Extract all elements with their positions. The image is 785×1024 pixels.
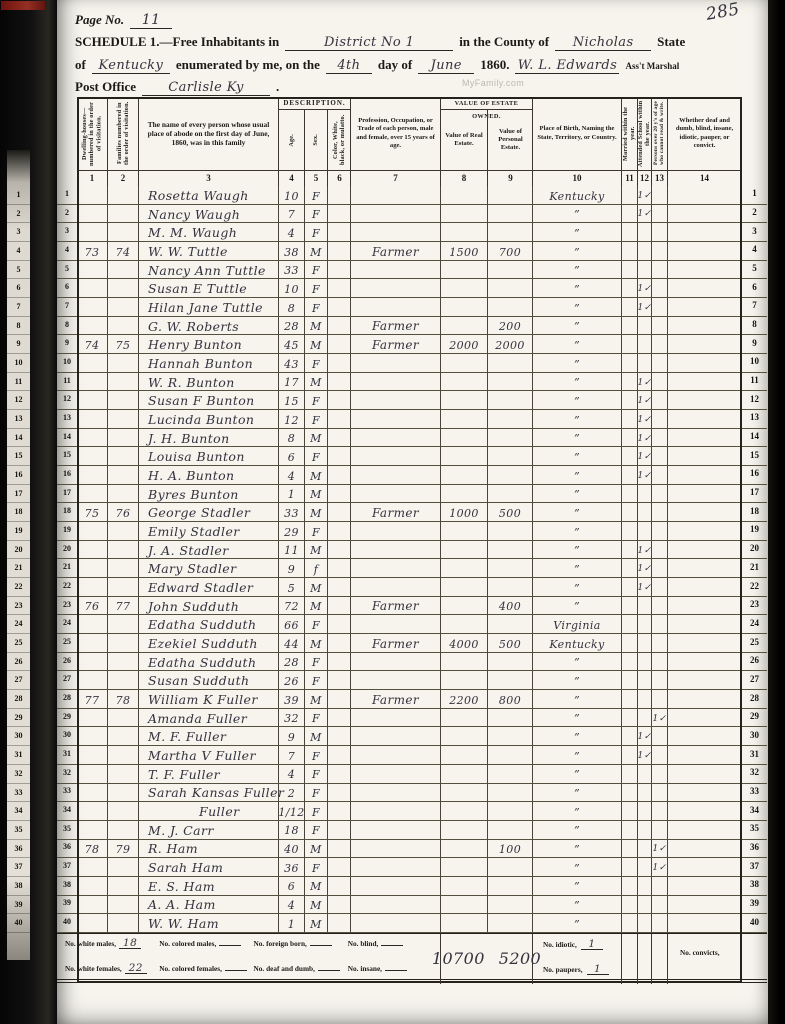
census-row: 19 Emily Stadler 29 F ” 19: [57, 522, 767, 541]
row-number-left: 28: [57, 690, 77, 709]
cell-occupation: [351, 391, 441, 410]
cell-attended-school: [638, 317, 652, 336]
header-col-personal-estate: Value of Personal Estate. 9: [488, 110, 533, 186]
tally-value: 18: [119, 938, 141, 950]
cell-real-estate-value: [441, 914, 488, 933]
adjacent-row-number: 29: [7, 709, 30, 728]
cell-person-name: J. H. Bunton: [139, 429, 279, 448]
cell-color: [328, 727, 351, 746]
cell-age: 36: [279, 858, 305, 877]
cell-family-number: [108, 429, 139, 448]
cell-occupation: [351, 709, 441, 728]
row-number-left: 2: [57, 205, 77, 224]
header-col-birthplace: Place of Birth, Naming the State, Territ…: [533, 97, 622, 186]
row-number-right: 23: [742, 597, 767, 616]
cell-remarks: [668, 447, 742, 466]
cell-occupation: [351, 802, 441, 821]
cell-personal-estate-value: [488, 615, 533, 634]
adjacent-row-number: 7: [7, 298, 30, 317]
cell-sex: M: [305, 335, 328, 354]
cell-dwelling-number: [77, 522, 108, 541]
cell-color: [328, 597, 351, 616]
census-row: 1 Rosetta Waugh 10 F Kentucky 1✓ 1: [57, 186, 767, 205]
cell-age: 12: [279, 410, 305, 429]
census-row: 23 76 77 John Sudduth 72 M Farmer 400 ” …: [57, 597, 767, 616]
cell-person-name: Edatha Sudduth: [139, 653, 279, 672]
census-row: 2 Nancy Waugh 7 F ” 1✓ 2: [57, 205, 767, 224]
cell-cannot-read-write: [652, 671, 668, 690]
row-number-left: 8: [57, 317, 77, 336]
cell-attended-school: 1✓: [638, 186, 652, 205]
cell-person-name: John Sudduth: [139, 597, 279, 616]
cell-birthplace: ”: [533, 578, 622, 597]
cell-family-number: [108, 821, 139, 840]
cell-age: 33: [279, 261, 305, 280]
cell-birthplace: ”: [533, 205, 622, 224]
cell-married-within-year: [622, 840, 638, 859]
cell-cannot-read-write: [652, 559, 668, 578]
cell-person-name: Sarah Kansas Fuller: [139, 784, 279, 803]
cell-occupation: Farmer: [351, 597, 441, 616]
cell-age: 1: [279, 485, 305, 504]
cell-sex: M: [305, 242, 328, 261]
cell-dwelling-number: [77, 298, 108, 317]
cell-family-number: [108, 279, 139, 298]
census-row: 35 M. J. Carr 18 F ” 35: [57, 821, 767, 840]
cell-occupation: [351, 578, 441, 597]
row-number-left: 15: [57, 447, 77, 466]
cell-married-within-year: [622, 914, 638, 933]
header-rownum-left: [57, 97, 77, 186]
census-row: 38 E. S. Ham 6 M ” 38: [57, 877, 767, 896]
adjacent-row-number: 33: [7, 784, 30, 803]
cell-personal-estate-value: [488, 727, 533, 746]
cell-occupation: [351, 765, 441, 784]
row-number-right: 33: [742, 784, 767, 803]
cell-person-name: M. F. Fuller: [139, 727, 279, 746]
header-col-family: Families numbered in the order of visita…: [108, 97, 139, 186]
cell-real-estate-value: [441, 186, 488, 205]
tally-value: [310, 945, 332, 946]
row-number-left: 10: [57, 354, 77, 373]
cell-remarks: [668, 354, 742, 373]
cell-color: [328, 615, 351, 634]
cell-person-name: Hilan Jane Tuttle: [139, 298, 279, 317]
cell-color: [328, 634, 351, 653]
cell-family-number: [108, 615, 139, 634]
row-number-right: 24: [742, 615, 767, 634]
cell-color: [328, 840, 351, 859]
row-number-right: 16: [742, 466, 767, 485]
row-number-right: 25: [742, 634, 767, 653]
cell-person-name: T. F. Fuller: [139, 765, 279, 784]
day-of-label: day of: [378, 57, 412, 73]
cell-occupation: [351, 261, 441, 280]
row-number-right: 27: [742, 671, 767, 690]
cell-birthplace: ”: [533, 709, 622, 728]
cell-person-name: Nancy Ann Tuttle: [139, 261, 279, 280]
cell-person-name: Edward Stadler: [139, 578, 279, 597]
cell-real-estate-value: [441, 261, 488, 280]
header-col-cannot-read: Persons over 20 y's of age who cannot re…: [652, 97, 668, 186]
adjacent-row-number: 23: [7, 597, 30, 616]
cell-real-estate-value: [441, 896, 488, 915]
cell-attended-school: 1✓: [638, 541, 652, 560]
cell-married-within-year: [622, 877, 638, 896]
cell-cannot-read-write: [652, 802, 668, 821]
cell-real-estate-value: [441, 317, 488, 336]
cell-real-estate-value: [441, 205, 488, 224]
cell-birthplace: ”: [533, 821, 622, 840]
row-number-right: 8: [742, 317, 767, 336]
tally-label: No. deaf and dumb,: [254, 964, 315, 973]
row-number-right: 15: [742, 447, 767, 466]
adjacent-page-row-numbers: 1234567891011121314151617181920212223242…: [7, 186, 30, 933]
cell-dwelling-number: [77, 653, 108, 672]
cell-family-number: [108, 186, 139, 205]
cell-age: 40: [279, 840, 305, 859]
cell-family-number: [108, 391, 139, 410]
header-rownum-right: [742, 97, 767, 186]
cell-birthplace: ”: [533, 485, 622, 504]
cell-sex: M: [305, 466, 328, 485]
cell-sex: M: [305, 840, 328, 859]
cell-remarks: [668, 466, 742, 485]
adjacent-row-number: 25: [7, 634, 30, 653]
cell-sex: F: [305, 615, 328, 634]
cell-color: [328, 279, 351, 298]
cell-dwelling-number: [77, 317, 108, 336]
header-group-description: DESCRIPTION. Age. 4 Sex. 5 Color, White,…: [279, 97, 351, 186]
cell-cannot-read-write: [652, 821, 668, 840]
cell-age: 10: [279, 279, 305, 298]
schedule-title: SCHEDULE 1.—Free Inhabitants in: [75, 34, 279, 50]
row-number-right: 26: [742, 653, 767, 672]
cell-sex: F: [305, 709, 328, 728]
cell-person-name: Ezekiel Sudduth: [139, 634, 279, 653]
census-row: 7 Hilan Jane Tuttle 8 F ” 1✓ 7: [57, 298, 767, 317]
row-number-left: 29: [57, 709, 77, 728]
cell-cannot-read-write: [652, 727, 668, 746]
cell-dwelling-number: [77, 821, 108, 840]
cell-sex: F: [305, 522, 328, 541]
cell-real-estate-value: [441, 541, 488, 560]
adjacent-row-number: 31: [7, 746, 30, 765]
cell-age: 29: [279, 522, 305, 541]
cell-remarks: [668, 578, 742, 597]
cell-color: [328, 447, 351, 466]
state-suffix-label: State: [657, 34, 685, 50]
cell-birthplace: ”: [533, 914, 622, 933]
footer-tally-pair: No. white males,18: [65, 938, 155, 950]
census-row: 25 Ezekiel Sudduth 44 M Farmer 4000 500 …: [57, 634, 767, 653]
cell-family-number: 76: [108, 503, 139, 522]
cell-remarks: [668, 914, 742, 933]
cell-dwelling-number: [77, 709, 108, 728]
cell-cannot-read-write: 1✓: [652, 840, 668, 859]
cell-real-estate-value: [441, 223, 488, 242]
cell-remarks: [668, 634, 742, 653]
row-number-left: 25: [57, 634, 77, 653]
cell-personal-estate-value: [488, 802, 533, 821]
cell-occupation: Farmer: [351, 242, 441, 261]
cell-family-number: [108, 802, 139, 821]
cell-birthplace: ”: [533, 877, 622, 896]
cell-color: [328, 429, 351, 448]
cell-dwelling-number: [77, 541, 108, 560]
cell-real-estate-value: [441, 279, 488, 298]
adjacent-row-number: 11: [7, 373, 30, 392]
adjacent-row-number: 4: [7, 242, 30, 261]
day-value: 4th: [326, 58, 372, 74]
cell-person-name: Mary Stadler: [139, 559, 279, 578]
row-number-right: 35: [742, 821, 767, 840]
cell-real-estate-value: [441, 522, 488, 541]
cell-cannot-read-write: [652, 522, 668, 541]
row-number-right: 38: [742, 877, 767, 896]
table-footer: No. white males,18No. colored males,No. …: [57, 933, 767, 983]
cell-remarks: [668, 242, 742, 261]
cell-remarks: [668, 485, 742, 504]
cell-occupation: [351, 727, 441, 746]
cell-attended-school: [638, 877, 652, 896]
cell-age: 10: [279, 186, 305, 205]
cell-age: 2: [279, 784, 305, 803]
adjacent-row-number: 5: [7, 261, 30, 280]
cell-age: 1: [279, 914, 305, 933]
cell-dwelling-number: [77, 671, 108, 690]
cell-married-within-year: [622, 634, 638, 653]
row-number-left: 34: [57, 802, 77, 821]
cell-personal-estate-value: [488, 765, 533, 784]
cell-attended-school: [638, 653, 652, 672]
cell-person-name: M. J. Carr: [139, 821, 279, 840]
cell-age: 38: [279, 242, 305, 261]
census-rows: 1 Rosetta Waugh 10 F Kentucky 1✓ 1 2 Nan…: [57, 186, 767, 933]
header-col-school: Attended School within the year. 12: [638, 97, 652, 186]
cell-attended-school: [638, 858, 652, 877]
cell-real-estate-value: 1000: [441, 503, 488, 522]
cell-married-within-year: [622, 261, 638, 280]
tally-label: No. blind,: [348, 939, 379, 948]
cell-cannot-read-write: [652, 485, 668, 504]
cell-color: [328, 858, 351, 877]
census-row: 4 73 74 W. W. Tuttle 38 M Farmer 1500 70…: [57, 242, 767, 261]
cell-remarks: [668, 559, 742, 578]
cell-occupation: [351, 896, 441, 915]
census-row: 22 Edward Stadler 5 M ” 1✓ 22: [57, 578, 767, 597]
cell-cannot-read-write: [652, 541, 668, 560]
cell-sex: M: [305, 727, 328, 746]
cell-personal-estate-value: 500: [488, 634, 533, 653]
adjacent-row-number: 21: [7, 559, 30, 578]
cell-personal-estate-value: 500: [488, 503, 533, 522]
cell-family-number: [108, 485, 139, 504]
cell-remarks: [668, 391, 742, 410]
cell-color: [328, 223, 351, 242]
cell-birthplace: ”: [533, 802, 622, 821]
census-row: 24 Edatha Sudduth 66 F Virginia 24: [57, 615, 767, 634]
adjacent-row-number: 20: [7, 541, 30, 560]
cell-birthplace: ”: [533, 541, 622, 560]
row-number-right: 22: [742, 578, 767, 597]
cell-sex: F: [305, 205, 328, 224]
cell-person-name: Edatha Sudduth: [139, 615, 279, 634]
footer-tally-pair: No. colored females,: [159, 964, 249, 973]
cell-age: 11: [279, 541, 305, 560]
cell-family-number: [108, 410, 139, 429]
cell-family-number: [108, 298, 139, 317]
cell-dwelling-number: [77, 279, 108, 298]
cell-occupation: Farmer: [351, 317, 441, 336]
cell-age: 7: [279, 205, 305, 224]
cell-sex: M: [305, 373, 328, 392]
row-number-left: 4: [57, 242, 77, 261]
census-row: 40 W. W. Ham 1 M ” 40: [57, 914, 767, 933]
cell-dwelling-number: [77, 447, 108, 466]
census-form-page: 285 MyFamily.com Page No. 11 SCHEDULE 1.…: [57, 0, 768, 1024]
cell-attended-school: [638, 840, 652, 859]
row-number-right: 40: [742, 914, 767, 933]
cell-family-number: [108, 223, 139, 242]
cell-age: 39: [279, 690, 305, 709]
footer-tally-pair: No. deaf and dumb,: [254, 964, 344, 973]
cell-sex: M: [305, 578, 328, 597]
cell-age: 66: [279, 615, 305, 634]
cell-occupation: [351, 784, 441, 803]
cell-remarks: [668, 223, 742, 242]
census-row: 11 W. R. Bunton 17 M ” 1✓ 11: [57, 373, 767, 392]
cell-birthplace: ”: [533, 727, 622, 746]
cell-person-name: George Stadler: [139, 503, 279, 522]
adjacent-row-number: 10: [7, 354, 30, 373]
cell-person-name: Sarah Ham: [139, 858, 279, 877]
adjacent-row-number: 39: [7, 896, 30, 915]
cell-birthplace: ”: [533, 335, 622, 354]
row-number-left: 21: [57, 559, 77, 578]
cell-remarks: [668, 615, 742, 634]
cell-birthplace: Virginia: [533, 615, 622, 634]
cell-cannot-read-write: [652, 914, 668, 933]
cell-occupation: [351, 485, 441, 504]
cell-birthplace: ”: [533, 317, 622, 336]
footer-line-2: No. white females,22No. colored females,…: [57, 959, 440, 984]
cell-person-name: Susan E Tuttle: [139, 279, 279, 298]
cell-occupation: Farmer: [351, 335, 441, 354]
row-number-left: 38: [57, 877, 77, 896]
header-col-sex: Sex. 5: [305, 110, 328, 186]
cell-sex: F: [305, 391, 328, 410]
cell-cannot-read-write: [652, 335, 668, 354]
cell-color: [328, 541, 351, 560]
cell-personal-estate-value: [488, 223, 533, 242]
cell-birthplace: ”: [533, 391, 622, 410]
cell-attended-school: [638, 242, 652, 261]
row-number-right: 7: [742, 298, 767, 317]
adjacent-row-number: 30: [7, 727, 30, 746]
cell-dwelling-number: [77, 914, 108, 933]
row-number-left: 14: [57, 429, 77, 448]
cell-sex: F: [305, 298, 328, 317]
cell-person-name: W. W. Ham: [139, 914, 279, 933]
cell-real-estate-value: [441, 858, 488, 877]
district-value: District No 1: [285, 35, 453, 51]
adjacent-row-number: 40: [7, 914, 30, 933]
cell-remarks: [668, 709, 742, 728]
cell-cannot-read-write: [652, 429, 668, 448]
cell-sex: M: [305, 896, 328, 915]
cell-dwelling-number: [77, 559, 108, 578]
adjacent-row-number: 12: [7, 391, 30, 410]
header-col-real-estate: Value of Real Estate. 8: [441, 110, 488, 186]
census-row: 9 74 75 Henry Bunton 45 M Farmer 2000 20…: [57, 335, 767, 354]
month-value: June: [418, 58, 474, 74]
cell-occupation: [351, 466, 441, 485]
cell-married-within-year: [622, 559, 638, 578]
cell-sex: M: [305, 914, 328, 933]
cell-family-number: 75: [108, 335, 139, 354]
cell-married-within-year: [622, 746, 638, 765]
cell-personal-estate-value: [488, 896, 533, 915]
cell-family-number: [108, 317, 139, 336]
cell-occupation: [351, 429, 441, 448]
cell-sex: f: [305, 559, 328, 578]
adjacent-row-number: 19: [7, 522, 30, 541]
cell-birthplace: ”: [533, 784, 622, 803]
cell-occupation: [351, 615, 441, 634]
cell-person-name: W. R. Bunton: [139, 373, 279, 392]
adjacent-row-number: 6: [7, 279, 30, 298]
cell-sex: F: [305, 858, 328, 877]
cell-personal-estate-value: [488, 671, 533, 690]
adjacent-row-number: 13: [7, 410, 30, 429]
adjacent-row-number: 38: [7, 877, 30, 896]
cell-cannot-read-write: [652, 578, 668, 597]
cell-family-number: [108, 354, 139, 373]
cell-married-within-year: [622, 784, 638, 803]
cell-color: [328, 522, 351, 541]
cell-attended-school: [638, 821, 652, 840]
tally-value: [225, 970, 247, 971]
cell-occupation: [351, 914, 441, 933]
cell-sex: F: [305, 447, 328, 466]
cell-occupation: [351, 186, 441, 205]
cell-real-estate-value: [441, 447, 488, 466]
tally-label: No. white males,: [65, 939, 116, 948]
header-col-remarks: Whether deaf and dumb, blind, insane, id…: [668, 97, 742, 186]
cell-occupation: [351, 522, 441, 541]
cell-age: 8: [279, 298, 305, 317]
cell-sex: F: [305, 802, 328, 821]
cell-age: 26: [279, 671, 305, 690]
paupers-value: 1: [587, 964, 609, 976]
cell-personal-estate-value: 700: [488, 242, 533, 261]
cell-person-name: Susan Sudduth: [139, 671, 279, 690]
cell-color: [328, 242, 351, 261]
cell-occupation: [351, 205, 441, 224]
cell-remarks: [668, 503, 742, 522]
cell-age: 28: [279, 653, 305, 672]
cell-sex: M: [305, 429, 328, 448]
cell-age: 1/12: [279, 802, 305, 821]
cell-attended-school: 1✓: [638, 447, 652, 466]
row-number-left: 20: [57, 541, 77, 560]
cell-personal-estate-value: [488, 447, 533, 466]
cell-color: [328, 914, 351, 933]
cell-age: 8: [279, 429, 305, 448]
cell-color: [328, 671, 351, 690]
cell-real-estate-value: 4000: [441, 634, 488, 653]
